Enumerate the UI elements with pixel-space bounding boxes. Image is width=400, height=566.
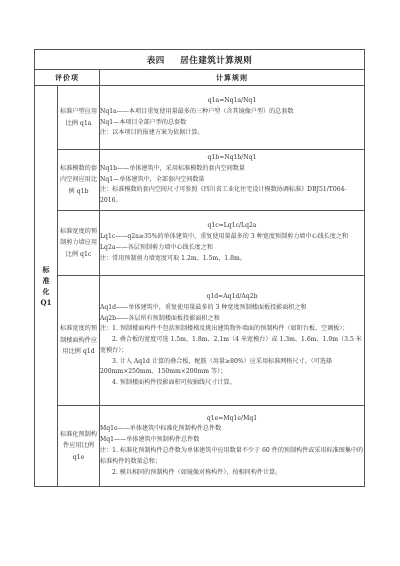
item-q1e: 标准化预制构件应用比例 q1e [58,406,100,487]
table-title-text: 居住建筑计算规则 [180,56,252,66]
category-char: 准 [35,275,57,286]
rule-note: 注：1. 标准化预制构件总件数为单体建筑中应用数量不少于 60 件的预制构件或采… [100,446,364,468]
rule-note: 注：以本项目的报建方案为依据计算。 [100,128,364,139]
formula: q1a=Nq1a/Nq1 [100,96,364,107]
header-calculation-rule: 计算规则 [100,70,365,86]
table-row: 标准化预制构件应用比例 q1e q1e=Mq1e/Mq1 Mq1e——单体建筑中… [35,406,365,487]
table-header-row: 评价项 计算规则 [35,70,365,86]
table-row: 标准宽度的预制剪力墙应用比例 q1c q1c=Lq1c/Lq2a Lq1c——q… [35,211,365,276]
formula: q1b=Nq1b/Nq1 [100,153,364,164]
formula: q1d=Aq1d/Aq2b [100,292,364,303]
rule-line: Nq1—单体建筑中，全部套内空间数量 [100,175,364,186]
table-row: 标 准 化 Q1 标准户型应用比例 q1a q1a=Nq1a/Nq1 Nq1a—… [35,86,365,150]
header-evaluation-item: 评价项 [35,70,100,86]
category-cell-standardization: 标 准 化 Q1 [35,86,58,487]
rule-q1d: q1d=Aq1d/Aq2b Aq1d——单体建筑中，重复使用量最多的 3 种宽度… [100,276,365,406]
item-q1b: 标准模数的套内空间应用比例 q1b [58,150,100,211]
rule-line: Mq1e——单体建筑中标准化预制构件总件数 [100,424,364,435]
rule-note: 注：常用预制剪力墙宽度可取 1.2m、1.5m、1.8m。 [100,254,364,265]
calculation-rules-table: 表四 居住建筑计算规则 评价项 计算规则 标 准 化 Q1 标准户型应用比例 q… [34,49,365,487]
table-row: 标准宽度的预制楼面构件应用比例 q1d q1d=Aq1d/Aq2b Aq1d——… [35,276,365,406]
rule-note: 3. 计入 Aq1d 计算的叠合板，配筋（用量≥80%）应采用标准网格尺寸。（可… [100,357,364,379]
rule-line: Aq1d——单体建筑中，重复使用量最多的 3 种宽度预制楼面板投影面积之和 [100,303,364,314]
rule-note: 注：标准模数的套内空间尺寸可参照《四川省工业化住宅设计模数协调标准》DBJ51/… [100,185,364,207]
rule-line: Nq1—本项目全部户型的总套数 [100,118,364,129]
item-q1a: 标准户型应用比例 q1a [58,86,100,150]
category-char: 标 [35,264,57,275]
rule-line: Lq2a——各层预制剪力墙中心线长度之和 [100,243,364,254]
rule-q1e: q1e=Mq1e/Mq1 Mq1e——单体建筑中标准化预制构件总件数 Mq1——… [100,406,365,487]
rule-q1b: q1b=Nq1b/Nq1 Nq1b——单体建筑中，采用标准模数的套内空间数量 N… [100,150,365,211]
category-char: 化 [35,286,57,297]
item-q1c: 标准宽度的预制剪力墙应用比例 q1c [58,211,100,276]
formula: q1c=Lq1c/Lq2a [100,221,364,232]
category-code: Q1 [35,297,57,308]
table-number: 表四 [147,56,165,66]
table-title-row: 表四 居住建筑计算规则 [35,50,365,70]
rule-note: 2. 叠合板的宽度可选 1.5m、1.8m、2.1m（4 米宽模台）或 1.3m… [100,335,364,357]
table-row: 标准模数的套内空间应用比例 q1b q1b=Nq1b/Nq1 Nq1b——单体建… [35,150,365,211]
rule-note: 2. 模具相同的预制构件（如镜像对称构件），按相同构件计算。 [100,468,364,479]
item-q1d: 标准宽度的预制楼面构件应用比例 q1d [58,276,100,406]
rule-line: Aq2b——各层所有预制楼面板投影面积之和 [100,314,364,325]
rule-q1a: q1a=Nq1a/Nq1 Nq1a——本项目重复使用量最多的三种户型（含其镜像户… [100,86,365,150]
rule-q1c: q1c=Lq1c/Lq2a Lq1c——q2a≥35%的单体建筑中，重复使用量最… [100,211,365,276]
rule-line: Mq1——单体建筑中预制构件总件数 [100,435,364,446]
rule-note: 注：1. 预制楼面构件不包括预制楼梯及挑出建筑物外墙面的预制构件（如阳台板、空调… [100,324,364,335]
formula: q1e=Mq1e/Mq1 [100,414,364,425]
rule-line: Nq1b——单体建筑中，采用标准模数的套内空间数量 [100,164,364,175]
rule-note: 4. 预制楼面构件投影面积可按轴线尺寸计算。 [100,378,364,389]
rule-line: Lq1c——q2a≥35%的单体建筑中，重复使用量最多的 3 种宽度预制剪力墙中… [100,232,364,243]
rule-line: Nq1a——本项目重复使用量最多的三种户型（含其镜像户型）的总套数 [100,107,364,118]
table-title: 表四 居住建筑计算规则 [35,50,365,70]
